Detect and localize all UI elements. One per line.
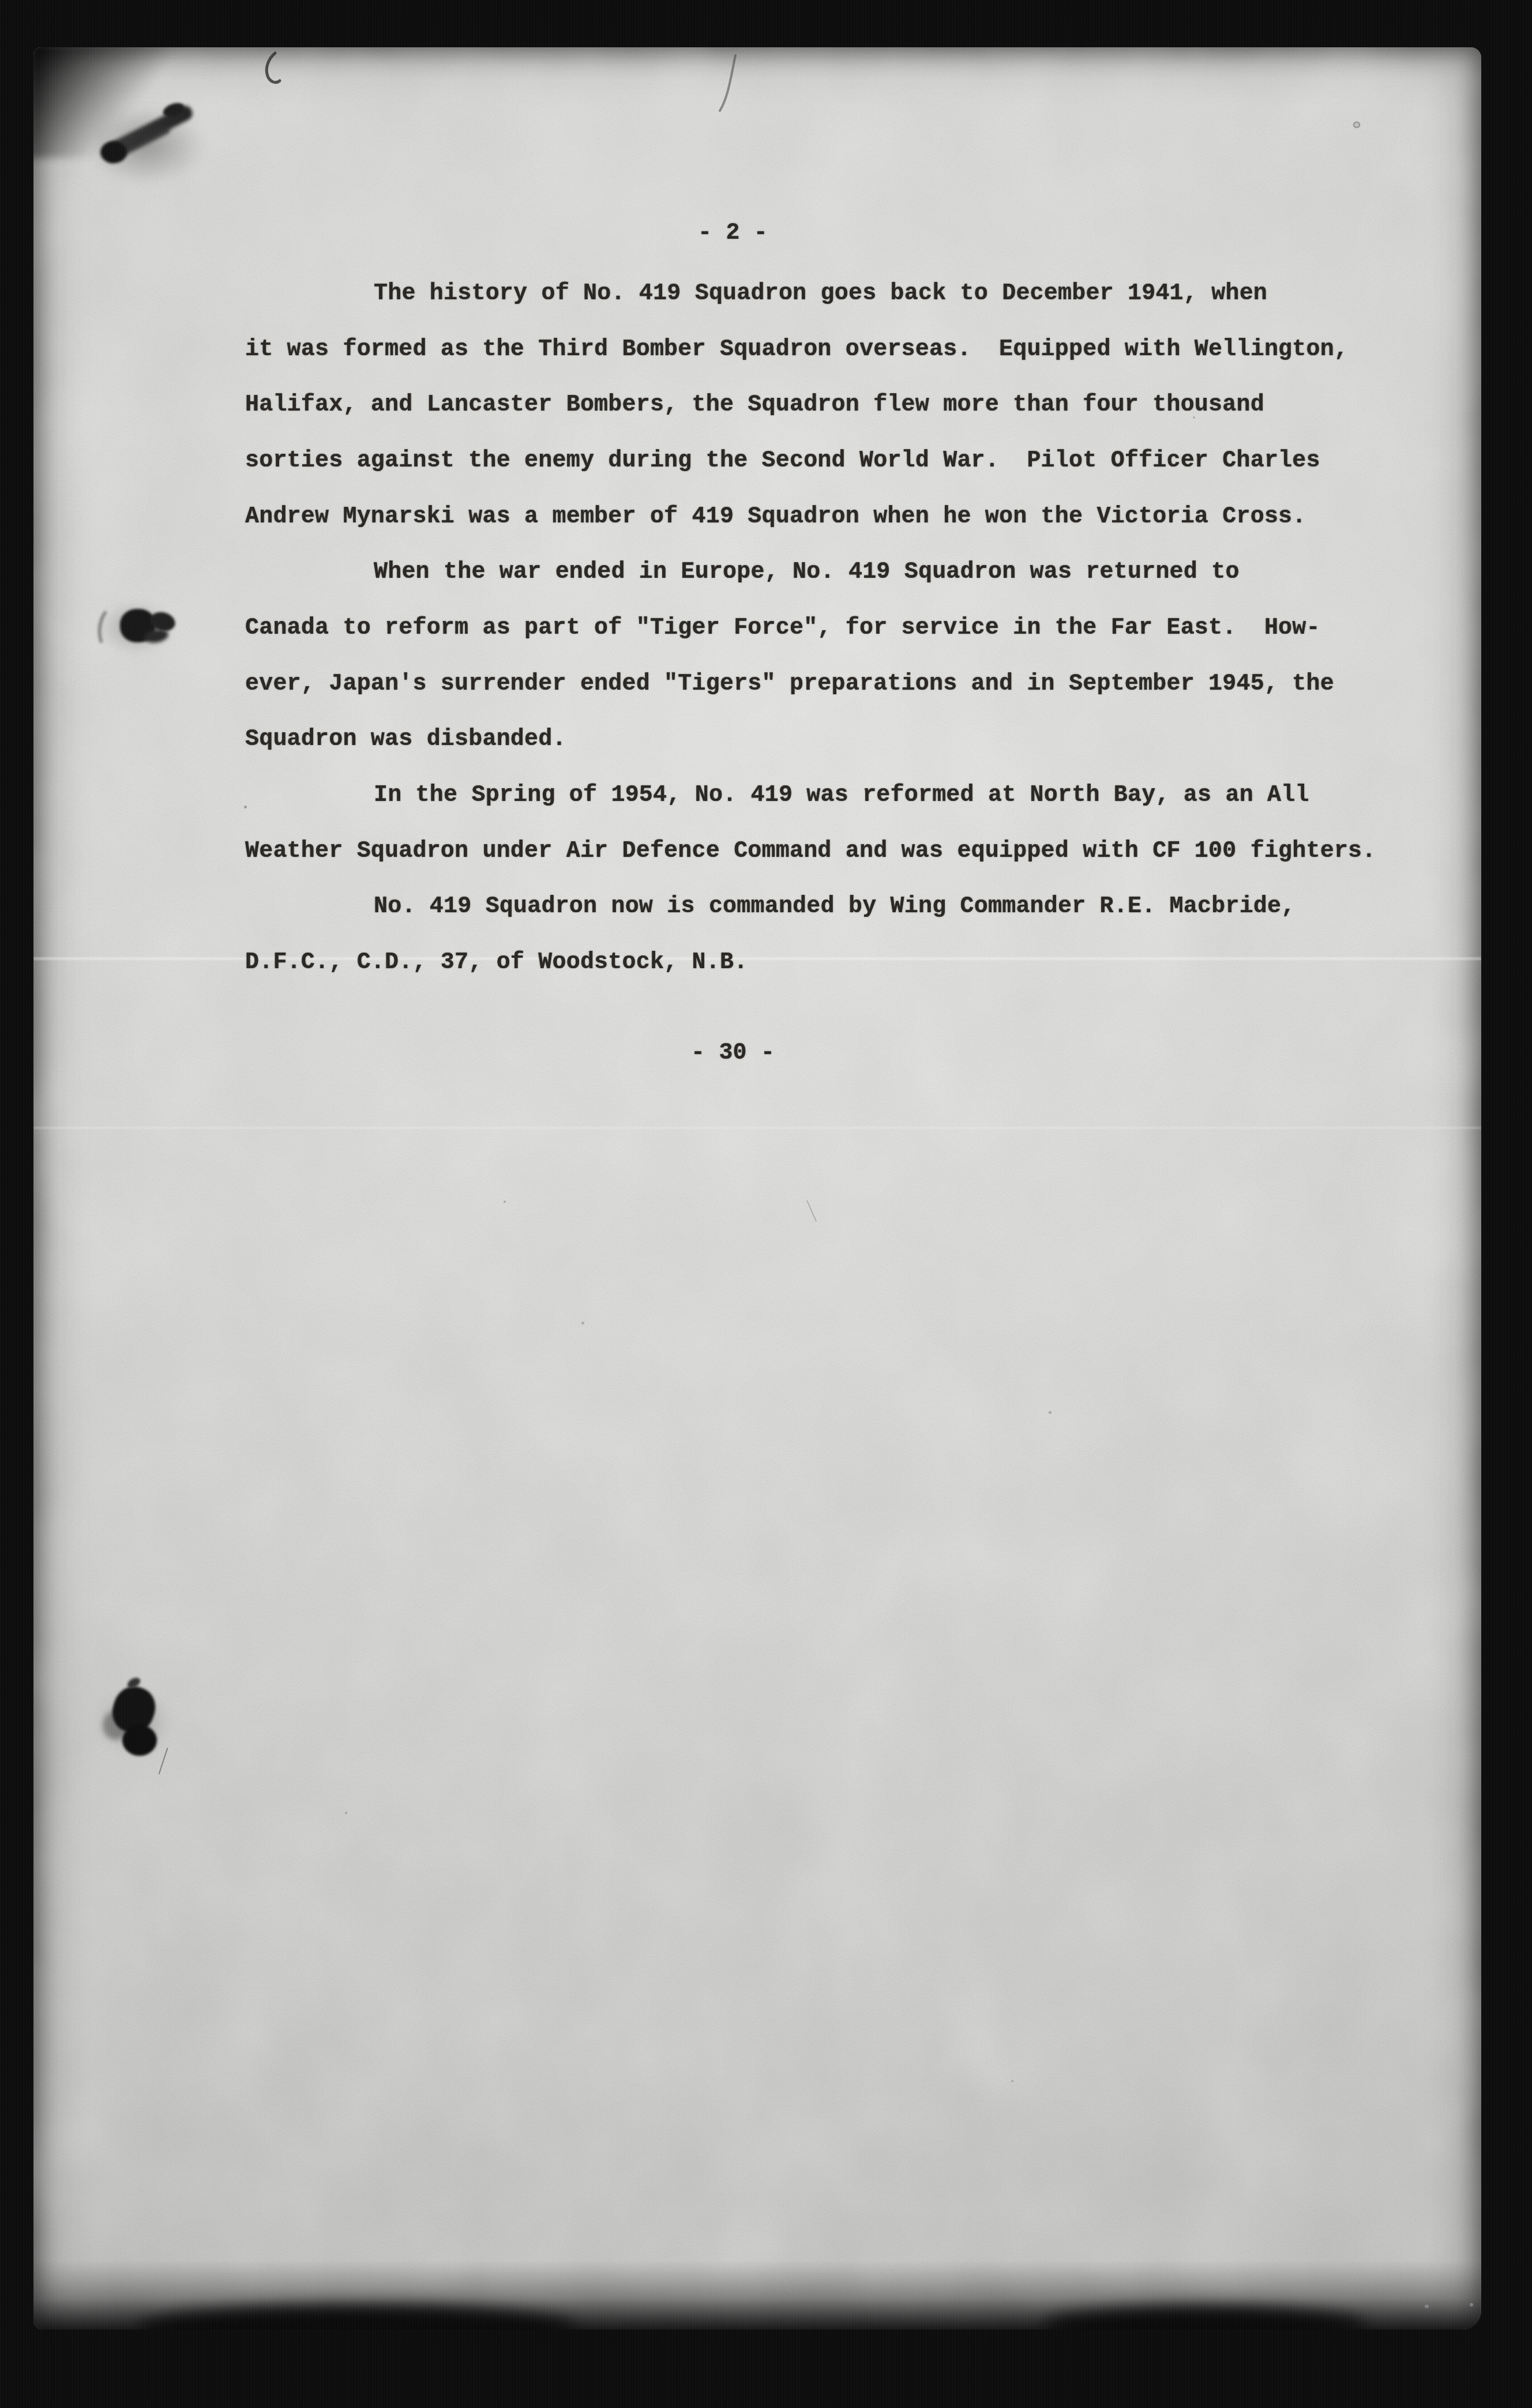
typed-line: Weather Squadron under Air Defence Comma…: [245, 838, 1376, 866]
typed-line: Andrew Mynarski was a member of 419 Squa…: [245, 503, 1306, 531]
page-number: - 2 -: [698, 220, 768, 247]
typed-line: D.F.C., C.D., 37, of Woodstock, N.B.: [245, 949, 748, 977]
typed-line: it was formed as the Third Bomber Squadr…: [245, 336, 1348, 364]
page-bottom-shadow: [33, 2260, 1481, 2330]
scanned-page: - 2 - The history of No. 419 Squadron go…: [33, 47, 1481, 2330]
typed-line: Squadron was disbanded.: [245, 726, 566, 754]
film-grain-texture: [33, 47, 1481, 2330]
paper-speck: [504, 1201, 506, 1203]
paper-speck: [345, 1812, 347, 1814]
paper-speck: [1049, 1411, 1052, 1414]
typed-line: ever, Japan's surrender ended "Tigers" p…: [245, 671, 1334, 698]
ink-blot-left-middle: [98, 600, 185, 663]
typed-line: No. 419 Squadron now is commanded by Win…: [374, 893, 1295, 921]
typed-line: Canada to reform as part of "Tiger Force…: [245, 615, 1320, 642]
end-mark: - 30 -: [691, 1040, 775, 1067]
typed-line: When the war ended in Europe, No. 419 Sq…: [374, 559, 1240, 586]
scratch-mark-top-center: [712, 52, 744, 118]
ink-blot-left-lower: [98, 1675, 196, 1779]
ink-smudge-top-left: [87, 95, 242, 216]
hair-scratch: [806, 1200, 817, 1221]
paper-mottle-texture: [33, 47, 1481, 2330]
typed-line: Halifax, and Lancaster Bombers, the Squa…: [245, 392, 1264, 419]
typed-line: In the Spring of 1954, No. 419 was refor…: [374, 782, 1309, 810]
typed-line: sorties against the enemy during the Sec…: [245, 447, 1320, 475]
typed-line: The history of No. 419 Squadron goes bac…: [374, 280, 1267, 308]
scan-streak: [33, 1127, 1481, 1129]
paper-speck: [244, 806, 247, 808]
film-background: { "colors": { "film_background": "#0d0d0…: [0, 0, 1532, 2408]
paper-speck: [1353, 121, 1361, 129]
pen-mark-top: [257, 51, 286, 88]
paper-speck: [1011, 2080, 1013, 2082]
paper-speck: [581, 1322, 584, 1325]
